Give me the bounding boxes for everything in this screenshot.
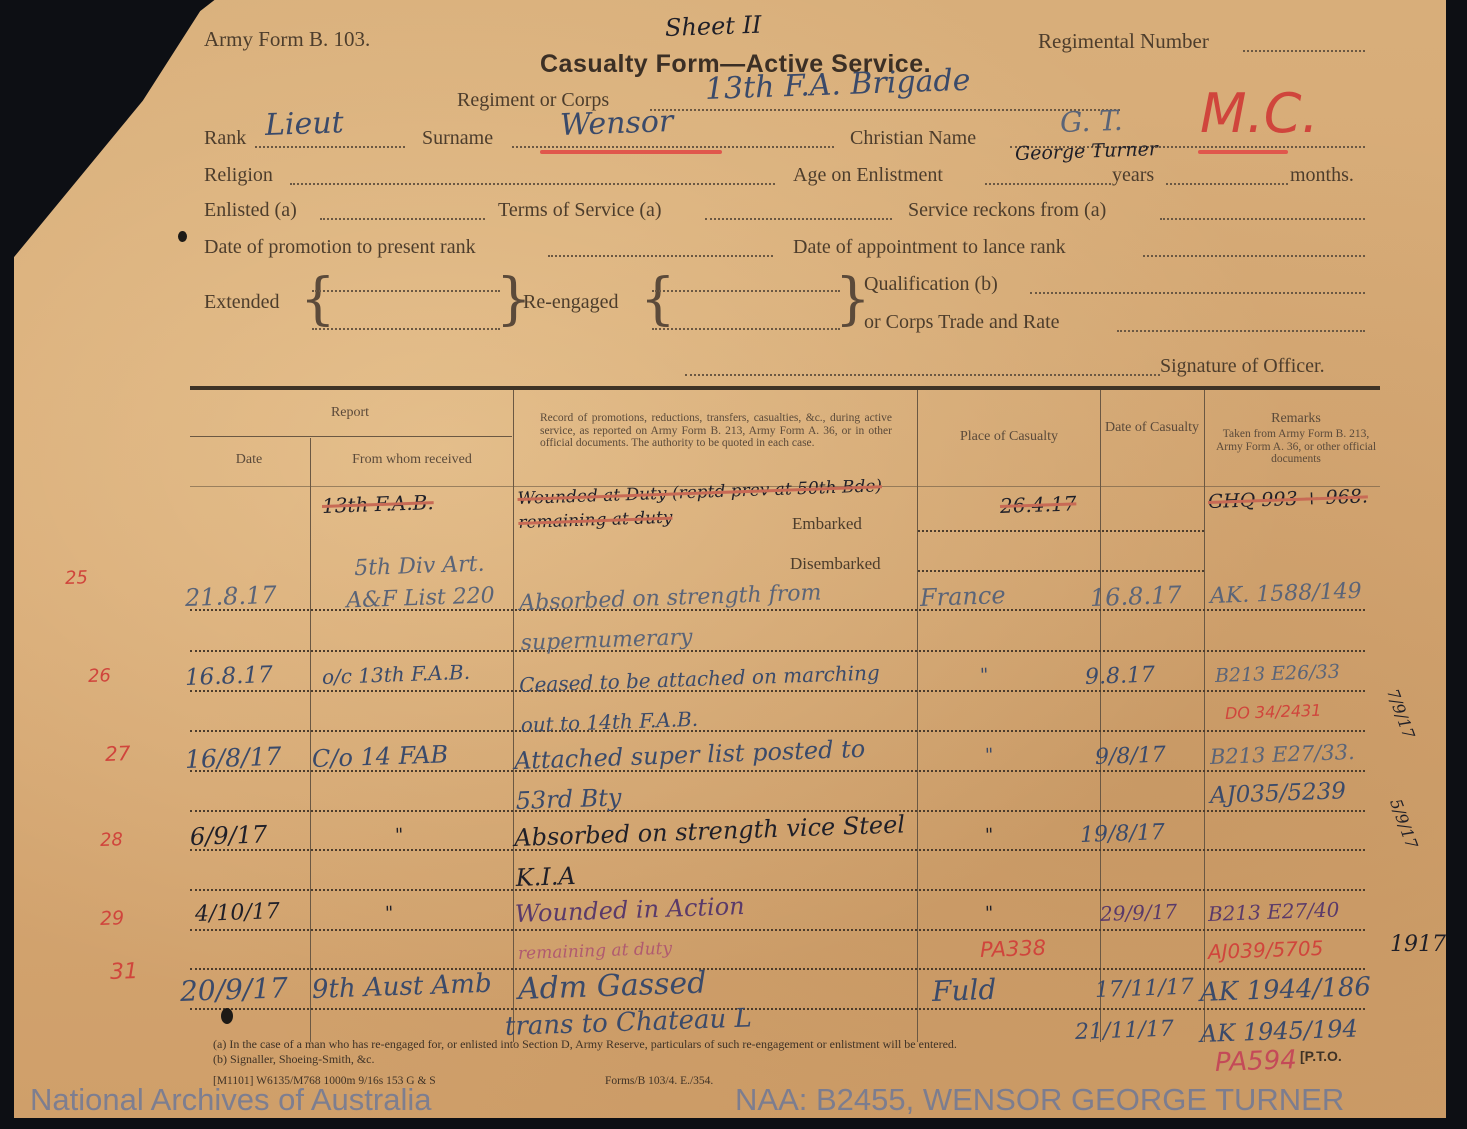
lance-rank-label: Date of appointment to lance rank: [793, 236, 1066, 259]
terms-label: Terms of Service (a): [498, 199, 662, 222]
corps-trade-field-line: [1117, 330, 1365, 332]
row5-remarks: B213 E27/40: [1208, 897, 1340, 926]
row1-date: 21.8.17: [185, 581, 278, 612]
header-remarks-sub: Taken from Army Form B. 213, Army Form A…: [1210, 428, 1382, 466]
row6-record: Adm Gassed: [517, 965, 707, 1007]
row5-place-2: PA338: [980, 936, 1047, 962]
row2-date-casualty: 9.8.17: [1085, 663, 1156, 690]
rank-value: Lieut: [264, 105, 344, 143]
years-label: years: [1112, 164, 1154, 187]
row4-from: ": [395, 825, 404, 846]
row5-place: ": [985, 903, 994, 924]
row3-date-casualty: 9/8/17: [1095, 743, 1167, 770]
ink-blot: [221, 1008, 233, 1024]
sheet-annotation: Sheet II: [665, 11, 762, 42]
age-months-field: [1166, 183, 1288, 185]
col-divider-record: [513, 390, 514, 1042]
row0-from: 13th F.A.B.: [322, 490, 434, 518]
enlisted-field-line: [320, 218, 485, 220]
col-divider-place: [917, 390, 918, 1042]
row6-from: 9th Aust Amb: [311, 969, 492, 1005]
age-label: Age on Enlistment: [793, 164, 943, 187]
row1-remarks: AK. 1588/149: [1210, 579, 1362, 609]
extended-label: Extended: [204, 291, 280, 314]
pto-note: [P.T.O.: [1300, 1048, 1342, 1064]
row2-date: 16.8.17: [185, 662, 274, 691]
terms-field-line: [705, 218, 892, 220]
row6-date: 20/9/17: [179, 971, 288, 1008]
row5-date-casualty: 29/9/17: [1100, 899, 1178, 926]
row2-remarks: B213 E26/33: [1215, 661, 1341, 687]
reengaged-left-brace: {: [640, 272, 676, 328]
service-reckons-field-line: [1160, 218, 1365, 220]
regimental-number-field: [1243, 50, 1365, 52]
row2-place: ": [980, 665, 989, 686]
reengaged-field-2: [652, 328, 840, 330]
row3-date: 16/8/17: [184, 742, 281, 774]
rank-label: Rank: [204, 127, 246, 150]
row3-place: ": [985, 745, 994, 766]
signature-label: Signature of Officer.: [1160, 355, 1325, 378]
col-divider-from: [310, 438, 311, 1042]
row1-place: France: [920, 581, 1006, 612]
report-subheader-line: [190, 436, 512, 437]
promotion-date-label: Date of promotion to present rank: [204, 236, 476, 259]
row-line: [190, 968, 1365, 970]
row0-date-casualty: 26.4.17: [1000, 491, 1077, 518]
header-place: Place of Casualty: [918, 429, 1100, 444]
regiment-field-line: [650, 109, 1120, 111]
row4-record: Absorbed on strength vice Steel K.I.A: [514, 805, 912, 898]
reengaged-label: Re-engaged: [523, 291, 619, 314]
row4-place: ": [985, 825, 994, 846]
row2-remarks-red: DO 34/2431: [1225, 701, 1322, 723]
table-top-rule: [190, 386, 1380, 390]
row-line: [918, 530, 1204, 532]
religion-field-line: [290, 183, 775, 185]
row3-remarks-2: AJ035/5239: [1210, 778, 1347, 809]
extended-field-1: [312, 290, 500, 292]
row5-margin-number: 29: [100, 907, 125, 930]
header-report: Report: [300, 405, 400, 420]
row-line: [190, 929, 1365, 931]
footnote-a: (a) In the case of a man who has re-enga…: [213, 1037, 957, 1052]
row-line: [918, 570, 1204, 572]
row6-margin-number: 31: [110, 959, 139, 985]
row6-remarks: AK 1944/186: [1199, 972, 1371, 1008]
months-label: months.: [1290, 164, 1354, 187]
row1-record: Absorbed on strength from supernumerary: [519, 570, 912, 663]
watermark-right: NAA: B2455, WENSOR GEORGE TURNER: [735, 1082, 1344, 1118]
row1-margin-number: 25: [65, 567, 89, 589]
regimental-number-label: Regimental Number: [1038, 29, 1209, 54]
row5-from: ": [385, 903, 394, 924]
watermark-left: National Archives of Australia: [30, 1082, 432, 1118]
corps-trade-label: or Corps Trade and Rate: [864, 311, 1060, 334]
surname-red-underline: [540, 150, 722, 154]
row2-margin-number: 26: [88, 665, 112, 687]
bottom-stamp: PA594: [1214, 1045, 1297, 1078]
promotion-date-field-line: [548, 255, 773, 257]
row6-place: Fuld: [931, 973, 996, 1008]
qualification-field-line: [1030, 292, 1365, 294]
row5-remarks-red: AJ039/5705: [1208, 936, 1324, 964]
extended-field-2: [312, 328, 500, 330]
header-remarks-title: Remarks: [1206, 411, 1386, 426]
row6-date-casualty-2: 21/11/17: [1075, 1017, 1175, 1045]
forms-reference: Forms/B 103/4. E./354.: [605, 1075, 713, 1087]
rank-field-line: [255, 146, 405, 148]
signature-field-line: [685, 374, 1160, 376]
footnote-b: (b) Signaller, Shoeing-Smith, &c.: [213, 1052, 375, 1067]
row6-remarks-2: AK 1945/194: [1200, 1014, 1359, 1047]
row6-date-casualty: 17/11/17: [1095, 975, 1195, 1003]
header-from-whom: From whom received: [312, 452, 512, 467]
header-record: Record of promotions, reductions, transf…: [540, 412, 892, 450]
lance-rank-field-line: [1143, 255, 1365, 257]
christian-name-label: Christian Name: [850, 127, 976, 150]
surname-field-line: [512, 146, 834, 148]
punch-hole-mark: [178, 231, 187, 242]
award-red-underline: [1198, 150, 1288, 154]
row3-from: C/o 14 FAB: [312, 740, 449, 773]
row1-from: 5th Div Art. A&F List 220: [329, 548, 511, 618]
enlisted-label: Enlisted (a): [204, 199, 297, 222]
row3-remarks: B213 E27/33.: [1210, 740, 1355, 769]
row-line: [190, 889, 1365, 891]
col-divider-remarks: [1204, 390, 1205, 1042]
extended-left-brace: {: [300, 272, 336, 328]
row3-margin-number: 27: [105, 741, 131, 766]
row4-date-casualty: 19/8/17: [1080, 820, 1166, 848]
award-annotation-mc: M.C.: [1200, 82, 1319, 145]
age-years-field: [985, 183, 1111, 185]
surname-value: Wensor: [559, 104, 673, 143]
row5-date: 4/10/17: [195, 899, 281, 927]
header-date: Date: [190, 452, 308, 467]
surname-label: Surname: [422, 127, 493, 150]
embarked-label: Embarked: [792, 514, 862, 534]
christian-name-value: G. T.: [1059, 104, 1123, 139]
col-divider-date-casualty: [1100, 390, 1101, 1042]
reengaged-field-1: [652, 290, 840, 292]
row-line: [190, 1008, 1365, 1010]
row4-margin-number: 28: [100, 829, 124, 851]
header-date-casualty: Date of Casualty: [1102, 420, 1202, 435]
row5-side-note: 1917: [1390, 932, 1446, 957]
qualification-label: Qualification (b): [864, 273, 998, 296]
service-reckons-label: Service reckons from (a): [908, 199, 1106, 222]
form-number: Army Form B. 103.: [204, 27, 370, 52]
row1-date-casualty: 16.8.17: [1090, 581, 1183, 612]
row4-date: 6/9/17: [190, 820, 268, 851]
religion-label: Religion: [204, 164, 273, 187]
